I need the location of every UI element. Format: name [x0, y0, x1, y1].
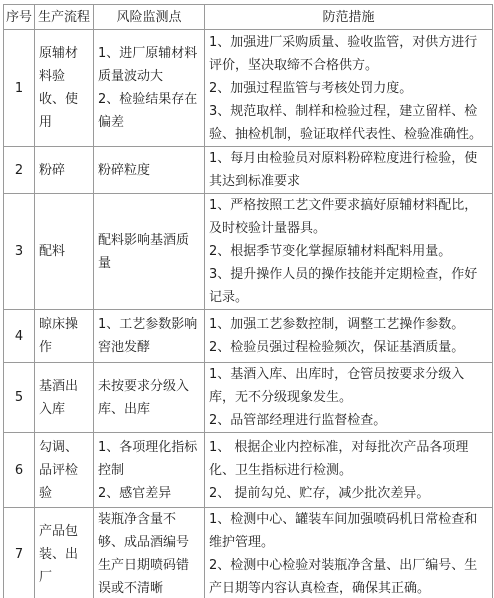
risk-item: 2、感官差异 — [98, 482, 200, 505]
header-cell-measure: 防范措施 — [205, 5, 493, 30]
measure-item: 2、检测中心检验对装瓶净含量、出厂编号、生产日期等内容认真检查，确保其正确。 — [209, 554, 488, 598]
cell-measures: 1、加强工艺参数控制，调整工艺操作参数。2、检验员强过程检验频次，保证基酒质量。 — [205, 310, 493, 363]
cell-process: 粉碎 — [35, 147, 94, 194]
cell-risks: 配料影响基酒质量 — [94, 194, 205, 310]
measure-item: 2、检验员强过程检验频次，保证基酒质量。 — [209, 336, 488, 359]
risk-item: 1、各项理化指标控制 — [98, 436, 200, 482]
cell-process: 基酒出入库 — [35, 363, 94, 433]
cell-row-number: 2 — [4, 147, 35, 194]
cell-row-number: 1 — [4, 30, 35, 147]
measure-item: 1、 根据企业内控标准，对每批次产品各项理化、卫生指标进行检测。 — [209, 436, 488, 482]
table-row: 7 产品包装、出厂 装瓶净含量不够、成品酒编号生产日期喷码错误或不清晰 1、检测… — [4, 508, 493, 598]
header-cell-risk: 风险监测点 — [94, 5, 205, 30]
measure-item: 1、严格按照工艺文件要求搞好原辅材料配比，及时校验计量器具。 — [209, 194, 488, 240]
cell-risks: 粉碎粒度 — [94, 147, 205, 194]
risk-item: 配料影响基酒质量 — [98, 229, 200, 275]
cell-measures: 1、加强进厂采购质量、验收监管，对供方进行评价，坚决取缔不合格供方。2、加强过程… — [205, 30, 493, 147]
cell-process: 产品包装、出厂 — [35, 508, 94, 598]
measure-item: 3、规范取样、制样和检验过程，建立留样、检验、抽检机制，验证取样代表性、检验准确… — [209, 100, 488, 146]
table-row: 3 配料 配料影响基酒质量 1、严格按照工艺文件要求搞好原辅材料配比，及时校验计… — [4, 194, 493, 310]
risk-item: 1、工艺参数影响窖池发酵 — [98, 313, 200, 359]
measure-item: 2、品管部经理进行监督检查。 — [209, 409, 488, 432]
table-header-row: 序号 生产流程 风险监测点 防范措施 — [4, 5, 493, 30]
cell-risks: 1、各项理化指标控制2、感官差异 — [94, 433, 205, 508]
measure-item: 1、基酒入库、出库时，仓管员按要求分级入库，无不分级现象发生。 — [209, 363, 488, 409]
cell-row-number: 6 — [4, 433, 35, 508]
cell-process: 勾调、品评检验 — [35, 433, 94, 508]
risk-item: 2、检验结果存在偏差 — [98, 88, 200, 134]
cell-risks: 装瓶净含量不够、成品酒编号生产日期喷码错误或不清晰 — [94, 508, 205, 598]
cell-measures: 1、每月由检验员对原料粉碎粒度进行检验，使其达到标准要求 — [205, 147, 493, 194]
risk-item: 1、进厂原辅材料质量波动大 — [98, 42, 200, 88]
cell-process: 原辅材料验收、使用 — [35, 30, 94, 147]
measure-item: 2、 提前勾兑、贮存，减少批次差异。 — [209, 482, 488, 505]
cell-measures: 1、基酒入库、出库时，仓管员按要求分级入库，无不分级现象发生。2、品管部经理进行… — [205, 363, 493, 433]
table-row: 6 勾调、品评检验 1、各项理化指标控制2、感官差异 1、 根据企业内控标准，对… — [4, 433, 493, 508]
cell-row-number: 4 — [4, 310, 35, 363]
cell-measures: 1、严格按照工艺文件要求搞好原辅材料配比，及时校验计量器具。2、根据季节变化掌握… — [205, 194, 493, 310]
risk-item: 装瓶净含量不够、成品酒编号生产日期喷码错误或不清晰 — [98, 508, 200, 598]
cell-process: 配料 — [35, 194, 94, 310]
measure-item: 1、检测中心、罐装车间加强喷码机日常检查和维护管理。 — [209, 508, 488, 554]
table-row: 4 晾床操作 1、工艺参数影响窖池发酵 1、加强工艺参数控制，调整工艺操作参数。… — [4, 310, 493, 363]
measure-item: 1、加强工艺参数控制，调整工艺操作参数。 — [209, 313, 488, 336]
measure-item: 3、提升操作人员的操作技能并定期检查，作好记录。 — [209, 263, 488, 309]
table-row: 5 基酒出入库 未按要求分级入库、出库 1、基酒入库、出库时，仓管员按要求分级入… — [4, 363, 493, 433]
cell-measures: 1、 根据企业内控标准，对每批次产品各项理化、卫生指标进行检测。2、 提前勾兑、… — [205, 433, 493, 508]
cell-row-number: 3 — [4, 194, 35, 310]
cell-risks: 1、工艺参数影响窖池发酵 — [94, 310, 205, 363]
cell-row-number: 7 — [4, 508, 35, 598]
measure-item: 1、每月由检验员对原料粉碎粒度进行检验，使其达到标准要求 — [209, 147, 488, 193]
measure-item: 1、加强进厂采购质量、验收监管，对供方进行评价，坚决取缔不合格供方。 — [209, 31, 488, 77]
risk-control-table: 序号 生产流程 风险监测点 防范措施 1 原辅材料验收、使用 1、进厂原辅材料质… — [3, 4, 493, 598]
measure-item: 2、加强过程监管与考核处罚力度。 — [209, 77, 488, 100]
measure-item: 2、根据季节变化掌握原辅材料配料用量。 — [209, 240, 488, 263]
cell-row-number: 5 — [4, 363, 35, 433]
risk-item: 粉碎粒度 — [98, 159, 200, 182]
cell-measures: 1、检测中心、罐装车间加强喷码机日常检查和维护管理。2、检测中心检验对装瓶净含量… — [205, 508, 493, 598]
header-cell-process: 生产流程 — [35, 5, 94, 30]
header-cell-no: 序号 — [4, 5, 35, 30]
cell-risks: 1、进厂原辅材料质量波动大2、检验结果存在偏差 — [94, 30, 205, 147]
table-row: 2 粉碎 粉碎粒度 1、每月由检验员对原料粉碎粒度进行检验，使其达到标准要求 — [4, 147, 493, 194]
cell-risks: 未按要求分级入库、出库 — [94, 363, 205, 433]
risk-item: 未按要求分级入库、出库 — [98, 375, 200, 421]
cell-process: 晾床操作 — [35, 310, 94, 363]
table-row: 1 原辅材料验收、使用 1、进厂原辅材料质量波动大2、检验结果存在偏差 1、加强… — [4, 30, 493, 147]
